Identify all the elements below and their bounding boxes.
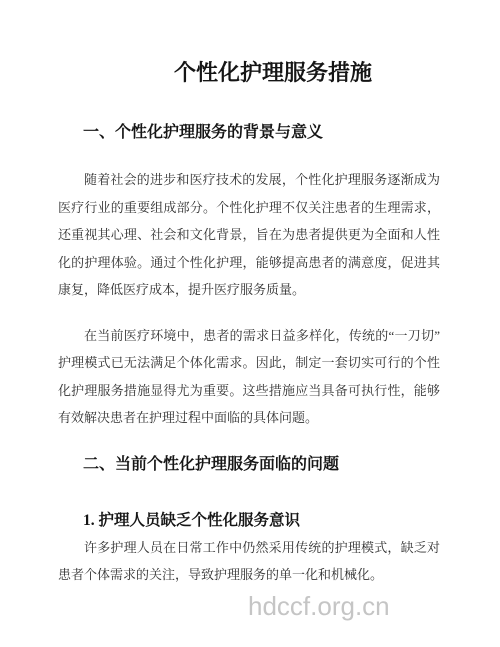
section-1-heading: 一、个性化护理服务的背景与意义 (83, 122, 440, 144)
paragraph-1-line-1: 随着社会的进步和医疗技术的发展，个性化护理服务逐渐成为 (58, 166, 440, 194)
paragraph-2-line-1: 在当前医疗环境中，患者的需求日益多样化，传统的“一刀切” (58, 322, 440, 350)
document-page: 个性化护理服务措施 一、个性化护理服务的背景与意义 随着社会的进步和医疗技术的发… (0, 0, 500, 647)
paragraph-2-line-4: 有效解决患者在护理过程中面临的具体问题。 (58, 404, 440, 432)
section-2-subheading-1: 1. 护理人员缺乏个性化服务意识 (83, 510, 440, 532)
paragraph-2: 在当前医疗环境中，患者的需求日益多样化，传统的“一刀切” 护理模式已无法满足个体… (58, 322, 440, 432)
paragraph-3: 许多护理人员在日常工作中仍然采用传统的护理模式，缺乏对 患者个体需求的关注，导致… (58, 534, 440, 589)
paragraph-2-line-2: 护理模式已无法满足个体化需求。因此，制定一套切实可行的个性 (58, 349, 440, 377)
paragraph-3-line-2: 患者个体需求的关注，导致护理服务的单一化和机械化。 (58, 561, 440, 589)
paragraph-2-line-3: 化护理服务措施显得尤为重要。这些措施应当具备可执行性，能够 (58, 377, 440, 405)
paragraph-1: 随着社会的进步和医疗技术的发展，个性化护理服务逐渐成为 医疗行业的重要组成部分。… (58, 166, 440, 304)
section-2-heading: 二、当前个性化护理服务面临的问题 (83, 454, 440, 476)
paragraph-1-line-4: 化的护理体验。通过个性化护理，能够提高患者的满意度，促进其 (58, 249, 440, 277)
paragraph-1-line-3: 还重视其心理、社会和文化背景，旨在为患者提供更为全面和人性 (58, 221, 440, 249)
watermark-text: hdccf.org.cn (248, 592, 390, 620)
paragraph-1-line-2: 医疗行业的重要组成部分。个性化护理不仅关注患者的生理需求， (58, 194, 440, 222)
document-title: 个性化护理服务措施 (82, 58, 464, 88)
paragraph-1-line-5: 康复，降低医疗成本，提升医疗服务质量。 (58, 276, 440, 304)
paragraph-3-line-1: 许多护理人员在日常工作中仍然采用传统的护理模式，缺乏对 (58, 534, 440, 562)
